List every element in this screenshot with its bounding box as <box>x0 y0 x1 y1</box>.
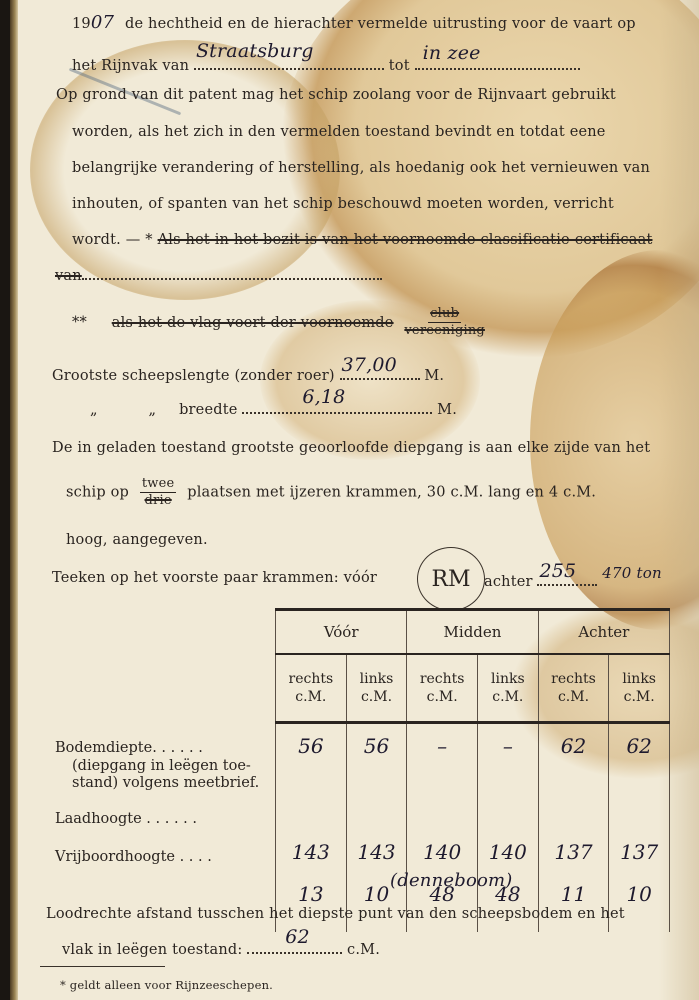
to-field: in zee <box>415 50 580 70</box>
struck-text: van <box>55 268 82 284</box>
count-fraction: twee drie <box>140 476 177 509</box>
subheader-rechts: rechtsc.M. <box>276 654 347 723</box>
table-row: 56 56 – – 62 62 <box>276 723 670 831</box>
after-mark: achter 255 470 ton <box>484 570 662 590</box>
length-field: 37,00 <box>340 362 420 380</box>
depth-field: 62 <box>247 938 342 954</box>
row-label-bodemdiepte: Bodemdiepte. . . . . . <box>55 740 203 756</box>
draft-line-1: De in geladen toestand grootste geoorloo… <box>52 440 650 456</box>
width-field: 6,18 <box>242 398 432 414</box>
text-line-2: het Rijnvak van Straatsburg tot in zee <box>72 50 580 74</box>
row-label-vrijboordhoogte: Vrijboordhoogte . . . . <box>55 849 212 865</box>
handwritten-year: 07 <box>91 12 114 33</box>
subheader-links: linksc.M. <box>609 654 670 723</box>
table-row: 143 143 140 140 137 137 <box>276 830 670 874</box>
draft-line-3: hoog, aangegeven. <box>66 532 208 548</box>
from-field: Straatsburg <box>194 50 384 70</box>
subheader-links: linksc.M. <box>346 654 407 723</box>
bottom-line-2: vlak in leëgen toestand: 62 c.M. <box>62 938 380 958</box>
subheader-rechts: rechtsc.M. <box>538 654 609 723</box>
group-header: Achter <box>538 610 669 655</box>
binding-edge <box>10 0 18 1000</box>
document-page: 1907 de hechtheid en de hierachter verme… <box>10 0 699 1000</box>
tonnage: 470 ton <box>602 564 662 582</box>
footnote: * geldt alleen voor Rijnzeeschepen. <box>60 978 273 992</box>
row-sublabel: (diepgang in leëgen toe- <box>72 758 251 774</box>
rm-stamp: RM <box>417 547 485 611</box>
struck-text: als het de vlag voert der voornoemde <box>112 315 394 331</box>
text-line-4: worden, als het zich in den vermelden to… <box>72 124 606 140</box>
text-line-6: inhouten, of spanten van het schip besch… <box>72 196 614 212</box>
draft-line-2: schip op twee drie plaatsen met ijzeren … <box>66 476 596 509</box>
length-line: Grootste scheepslengte (zonder roer) 37,… <box>52 362 444 384</box>
width-line: „ „ breedte 6,18 M. <box>90 398 457 418</box>
group-header: Vóór <box>276 610 407 655</box>
text-line-1: 1907 de hechtheid en de hierachter verme… <box>72 12 636 33</box>
group-header: Midden <box>407 610 538 655</box>
subheader-rechts: rechtsc.M. <box>407 654 478 723</box>
text-line-7: wordt. — * Als het in het bezit is van h… <box>72 232 652 248</box>
row-label-laadhoogte: Laadhoogte . . . . . . <box>55 811 197 827</box>
handwritten-note: (denneboom) <box>390 870 513 891</box>
text-line-5: belangrijke verandering of herstelling, … <box>72 160 650 176</box>
row-sublabel: stand) volgens meetbrief. <box>72 775 259 791</box>
subheader-links: linksc.M. <box>478 654 539 723</box>
text-line-3: Op grond van dit patent mag het schip zo… <box>56 87 616 103</box>
text-line-9: ** als het de vlag voert der voornoemde … <box>72 306 491 339</box>
text-line-8: van <box>55 268 382 284</box>
struck-fraction: club vereeniging <box>404 306 485 339</box>
marks-line: Teeken op het voorste paar krammen: vóór <box>52 570 377 586</box>
bottom-line-1: Loodrechte afstand tusschen het diepste … <box>46 906 625 922</box>
struck-text: Als het in het bezit is van het voornoem… <box>158 232 653 248</box>
footnote-divider <box>40 966 165 967</box>
